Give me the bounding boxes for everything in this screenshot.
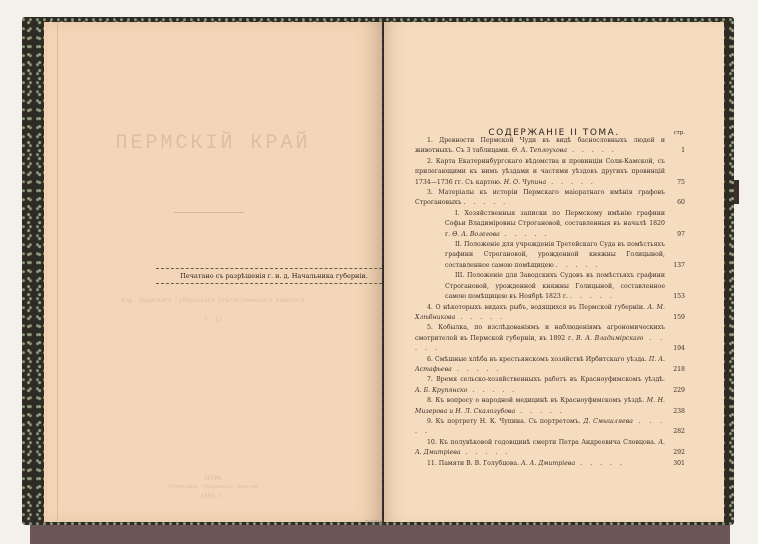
left-page: ПЕРМСКІЙ КРАЙ Печатано съ разрѣшенія г. … — [44, 22, 382, 522]
toc-entry: I. Хозяйственныя записки по Пермскому им… — [415, 209, 685, 240]
entry-text: 7. Время сельско-хозяйственныхъ работъ в… — [415, 375, 665, 396]
entry-author: Ѳ. А. Теплоухова — [512, 147, 567, 154]
leader-dots: . . . . . — [546, 179, 596, 186]
entry-text: 6. Смѣшные хлѣба въ крестьянскомъ хозяйс… — [415, 355, 665, 376]
leader-dots: . . . . . — [556, 262, 601, 269]
entry-page-number: 194 — [673, 344, 685, 354]
entry-title: 4. О нѣкоторыхъ видахъ рыбъ, водящихся в… — [427, 304, 645, 311]
bleed-through-subtitle: Изд. Пермскаго Губернскаго Статистическа… — [44, 297, 382, 304]
entry-author: В. А. Владимірскаго — [576, 335, 644, 342]
leader-dots: . . . . . — [467, 387, 517, 394]
leader-dots: . . . . . — [567, 147, 617, 154]
leader-dots: . . . . . — [455, 314, 505, 321]
bleed-through-volume: Т. II — [44, 317, 382, 324]
bookmark-ribbon — [734, 180, 739, 204]
entry-author: Н. О. Чупина — [504, 179, 546, 186]
toc-entry: II. Положеніе для учрежденія Третейскаго… — [415, 240, 685, 271]
entry-page-number: 159 — [673, 313, 685, 323]
entry-text: 4. О нѣкоторыхъ видахъ рыбъ, водящихся в… — [415, 303, 665, 324]
entry-title: 3. Матеріалы къ исторіи Пермскаго маіора… — [415, 189, 665, 206]
entry-text: 1. Древности Пермской Чуди въ видѣ басно… — [415, 136, 665, 157]
entry-author: А. А. Дмитріева — [521, 460, 575, 467]
entry-text: 3. Матеріалы къ исторіи Пермскаго маіора… — [415, 188, 665, 209]
entry-text: 9. Къ портрету Н. К. Чупина. Съ портрето… — [415, 417, 665, 438]
toc-entry: 9. Къ портрету Н. К. Чупина. Съ портрето… — [415, 417, 685, 438]
entry-text: I. Хозяйственныя записки по Пермскому им… — [415, 209, 665, 240]
entry-text: 2. Карта Екатеринбургскаго вѣдомства и п… — [415, 157, 665, 188]
page-column-label: стр. — [415, 128, 685, 136]
toc-entry: 4. О нѣкоторыхъ видахъ рыбъ, водящихся в… — [415, 303, 685, 324]
entry-page-number: 282 — [673, 427, 685, 437]
entry-title: 11. Памяти В. В. Голубцова. — [427, 460, 519, 467]
entry-page-number: 75 — [677, 178, 685, 188]
entry-text: II. Положеніе для учрежденія Третейскаго… — [415, 240, 665, 271]
toc-entry: 11. Памяти В. В. Голубцова. А. А. Дмитрі… — [415, 459, 685, 469]
entry-page-number: 60 — [677, 198, 685, 208]
leader-dots: . . . . . — [463, 199, 508, 206]
leader-dots: . . . . . — [461, 449, 511, 456]
entry-page-number: 97 — [677, 230, 685, 240]
entry-title: 9. Къ портрету Н. К. Чупина. Съ портрето… — [427, 418, 581, 425]
entry-page-number: 301 — [673, 459, 685, 469]
bleed-through-printer: Типографія Губернскаго Земства — [44, 484, 382, 490]
entry-title: 10. Къ полувѣковой годовщинѣ смерти Петр… — [427, 439, 656, 446]
toc-entry: III. Положеніе для Заводскихъ Судовъ въ … — [415, 271, 685, 302]
entry-title: III. Положеніе для Заводскихъ Судовъ въ … — [445, 272, 665, 300]
entry-text: 10. Къ полувѣковой годовщинѣ смерти Петр… — [415, 438, 665, 459]
entry-text: 8. Къ вопросу о народной медицинѣ въ Кра… — [415, 396, 665, 417]
toc-entry: 2. Карта Екатеринбургскаго вѣдомства и п… — [415, 157, 685, 188]
toc-entry: 5. Кобылка, по изслѣдованіямъ и наблюден… — [415, 323, 685, 354]
entry-title: 7. Время сельско-хозяйственныхъ работъ в… — [427, 376, 665, 383]
entry-title: 6. Смѣшные хлѣба въ крестьянскомъ хозяйс… — [427, 356, 647, 363]
entry-page-number: 238 — [673, 407, 685, 417]
toc-entry: 6. Смѣшные хлѣба въ крестьянскомъ хозяйс… — [415, 355, 685, 376]
bleed-through-title: ПЕРМСКІЙ КРАЙ — [44, 132, 382, 155]
toc-entry: 3. Матеріалы къ исторіи Пермскаго маіора… — [415, 188, 685, 209]
entry-page-number: 153 — [673, 292, 685, 302]
entry-page-number: 137 — [673, 261, 685, 271]
pencil-mark: 3695 — [364, 519, 384, 528]
divider-line — [174, 212, 244, 213]
leader-dots: . . . . . — [452, 366, 502, 373]
table-of-contents: стр. 1. Древности Пермской Чуди въ видѣ … — [415, 128, 685, 469]
entry-author: Д. Смышляева — [583, 418, 633, 425]
censorship-permit: Печатано съ разрѣшенія г. и. д. Начальни… — [156, 268, 392, 284]
entry-text: 11. Памяти В. В. Голубцова. А. А. Дмитрі… — [415, 459, 665, 469]
entry-page-number: 292 — [673, 448, 685, 458]
leader-dots: . . . . . — [570, 293, 615, 300]
toc-entry: 1. Древности Пермской Чуди въ видѣ басно… — [415, 136, 685, 157]
leader-dots: . . . . . — [500, 231, 550, 238]
page-edges — [46, 22, 58, 522]
entry-page-number: 218 — [673, 365, 685, 375]
entry-title: 8. Къ вопросу о народной медицинѣ въ Кра… — [427, 397, 644, 404]
entry-text: III. Положеніе для Заводскихъ Судовъ въ … — [415, 271, 665, 302]
toc-entry: 10. Къ полувѣковой годовщинѣ смерти Петр… — [415, 438, 685, 459]
toc-entry: 7. Время сельско-хозяйственныхъ работъ в… — [415, 375, 685, 396]
leader-dots: . . . . . — [575, 460, 625, 467]
bleed-through-city: ПЕРМЬ — [44, 475, 382, 482]
toc-entry: 8. Къ вопросу о народной медицинѣ въ Кра… — [415, 396, 685, 417]
entry-page-number: 1 — [681, 146, 685, 156]
bleed-through-year: 1893 г. — [44, 493, 382, 500]
entry-author: Ѳ. А. Волегова — [452, 231, 500, 238]
entry-text: 5. Кобылка, по изслѣдованіямъ и наблюден… — [415, 323, 665, 354]
entry-page-number: 229 — [673, 386, 685, 396]
entry-author: А. Б. Крупянско — [415, 387, 467, 394]
leader-dots: . . . . . — [515, 408, 565, 415]
